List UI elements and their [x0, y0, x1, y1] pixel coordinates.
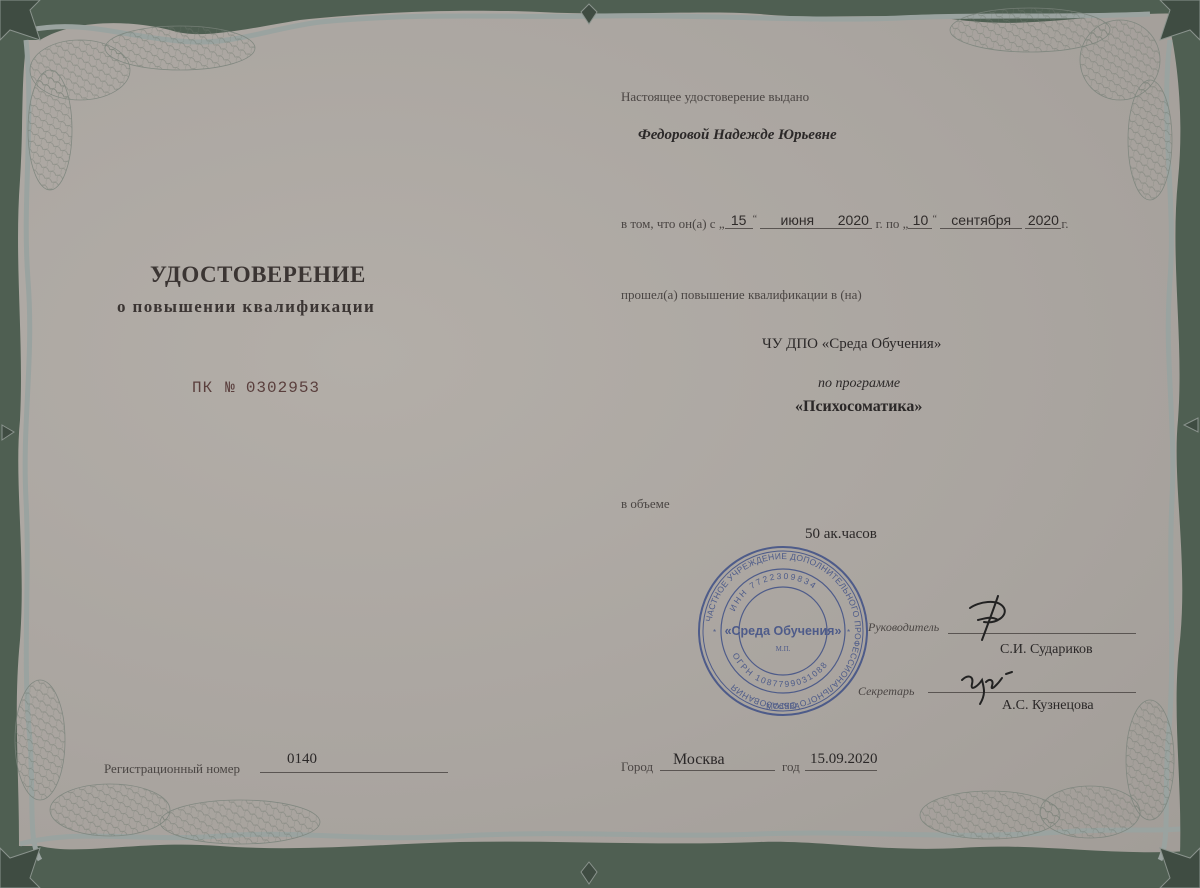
- serial-number: ПК№0302953: [192, 379, 320, 397]
- certificate-title: УДОСТОВЕРЕНИЕ: [150, 262, 366, 288]
- svg-text:«Среда Обучения»: «Среда Обучения»: [725, 624, 842, 638]
- close-tick-2: “: [932, 214, 936, 225]
- number-sign: №: [225, 379, 236, 397]
- issued-label: Настоящее удостоверение выдано: [621, 89, 809, 105]
- city-label: Город: [621, 759, 653, 775]
- year-line: [805, 770, 877, 771]
- registration-label: Регистрационный номер: [104, 761, 240, 777]
- volume-value: 50 ак.часов: [805, 526, 877, 543]
- end-day: 10: [908, 212, 932, 229]
- study-period: в том, что он(а) с „15“ июня2020 г. по „…: [621, 215, 1069, 232]
- completed-label: прошел(а) повышение квалификации в (на): [621, 287, 862, 303]
- program-name: «Психосоматика»: [795, 398, 922, 416]
- year-suffix-2: г.: [1061, 216, 1068, 231]
- serial-prefix: ПК: [192, 379, 213, 397]
- svg-text:ОГРН 1087799031088: ОГРН 1087799031088: [730, 651, 829, 689]
- director-signature: [968, 594, 1018, 644]
- registration-line: [260, 772, 448, 773]
- director-role-label: Руководитель: [868, 620, 939, 635]
- svg-text:*: *: [847, 628, 850, 637]
- secretary-name: А.С. Кузнецова: [1002, 698, 1094, 714]
- svg-text:М.П.: М.П.: [776, 645, 791, 653]
- city-value: Москва: [673, 751, 725, 769]
- svg-text:ИНН 7722309834: ИНН 7722309834: [727, 571, 819, 613]
- svg-text:*: *: [713, 628, 716, 637]
- director-name: С.И. Судариков: [1000, 642, 1093, 658]
- svg-text:МОСКВА: МОСКВА: [766, 702, 800, 711]
- year-suffix-1: г.: [876, 216, 883, 231]
- registration-number: 0140: [287, 751, 317, 768]
- close-tick: “: [753, 214, 757, 225]
- end-month: сентября: [940, 212, 1022, 229]
- start-year: 2020: [834, 212, 872, 229]
- organization-name: ЧУ ДПО «Среда Обучения»: [762, 336, 941, 353]
- end-year: 2020: [1025, 212, 1061, 229]
- secretary-role-label: Секретарь: [858, 684, 914, 699]
- start-day: 15: [725, 212, 753, 229]
- serial-value: 0302953: [246, 379, 320, 397]
- guilloche-border: [0, 0, 1200, 888]
- recipient-name: Федоровой Надежде Юрьевне: [638, 127, 837, 144]
- period-lead: в том, что он(а) с: [621, 216, 716, 231]
- city-line: [660, 770, 775, 771]
- issue-date: 15.09.2020: [810, 751, 878, 768]
- period-to: по: [886, 216, 899, 231]
- certificate-subtitle: о повышении квалификации: [117, 297, 375, 317]
- program-label: по программе: [818, 376, 900, 392]
- start-month: июня: [760, 212, 834, 229]
- official-stamp: ЧАСТНОЕ УЧРЕЖДЕНИЕ ДОПОЛНИТЕЛЬНОГО ПРОФЕ…: [695, 543, 871, 719]
- volume-label: в объеме: [621, 496, 670, 512]
- year-label: год: [782, 759, 800, 775]
